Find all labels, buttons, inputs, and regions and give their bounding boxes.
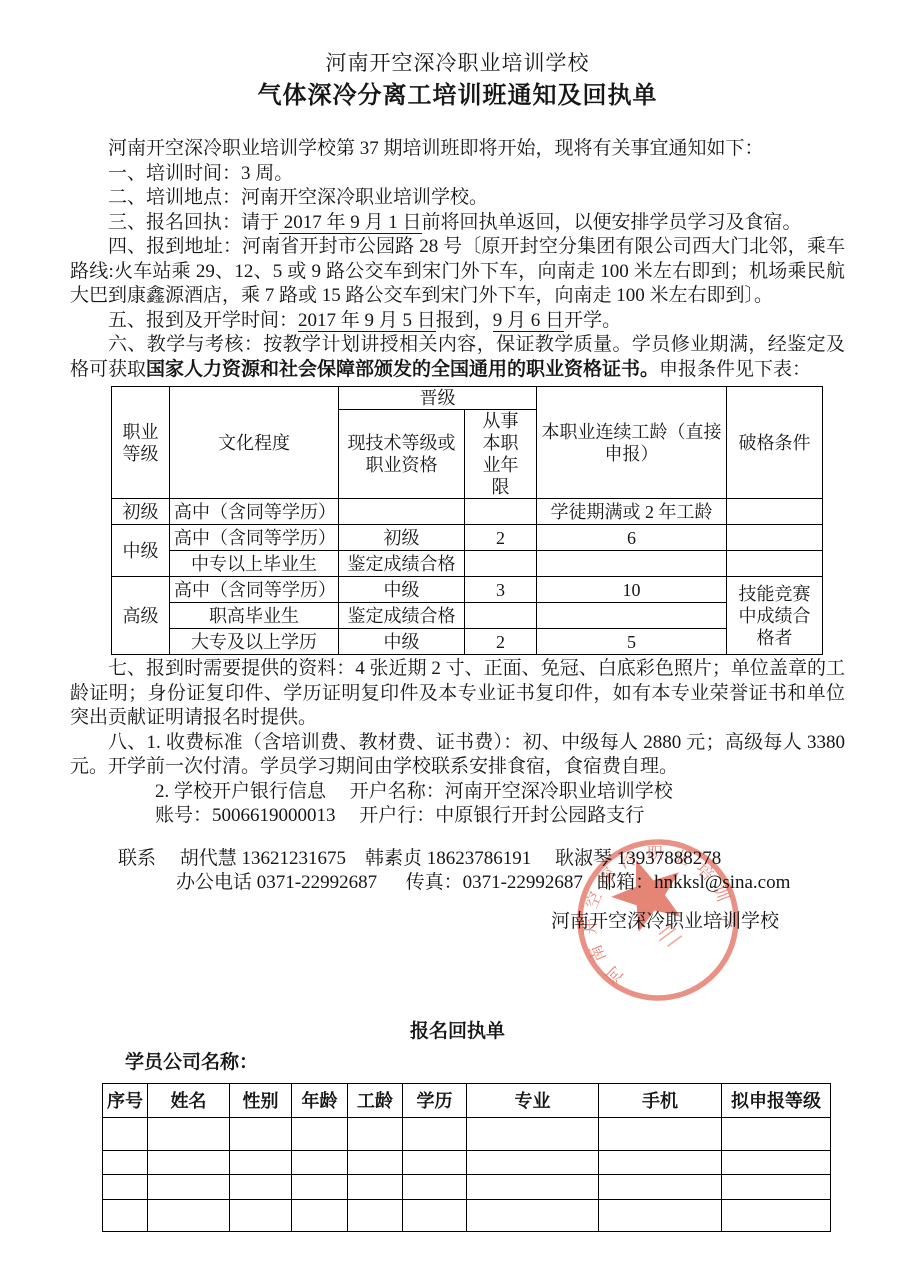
item5-text: 五、报到及开学时间： bbox=[108, 310, 298, 331]
qual-header-exception: 破格条件 bbox=[727, 387, 823, 499]
reply-blank-cell bbox=[599, 1200, 722, 1232]
reply-blank-cell bbox=[230, 1118, 292, 1151]
certificate-name: 国家人力资源和社会保障部颁发的全国通用的职业资格证书。 bbox=[146, 359, 659, 380]
reply-blank-cell bbox=[467, 1175, 599, 1200]
reply-header-name: 姓名 bbox=[148, 1084, 230, 1118]
reply-blank-cell bbox=[103, 1175, 148, 1200]
reply-empty-row bbox=[103, 1118, 831, 1151]
reply-deadline-date: 2017 年 9 月 1 日 bbox=[279, 212, 422, 234]
reply-blank-cell bbox=[148, 1118, 230, 1151]
qual-cell-grade: 初级 bbox=[339, 525, 465, 551]
qual-cell-service bbox=[537, 551, 727, 577]
reply-header-service-years: 工龄 bbox=[348, 1084, 403, 1118]
contact-phones-line: 办公电话 0371-22992687 传真：0371-22992687 邮箱：h… bbox=[70, 871, 845, 896]
document-page: 河南开空深冷职业培训学校 气体深冷分离工培训班通知及回执单 河南开空深冷职业培训… bbox=[0, 0, 908, 1232]
notice-item-3: 三、报名回执：请于 2017 年 9 月 1 日前将回执单返回，以便安排学员学习… bbox=[70, 211, 845, 236]
reply-blank-cell bbox=[722, 1118, 831, 1151]
reply-blank-cell bbox=[403, 1151, 467, 1175]
qual-cell-service: 学徒期满或 2 年工龄 bbox=[537, 499, 727, 525]
reply-header-seq: 序号 bbox=[103, 1084, 148, 1118]
qual-cell-grade: 鉴定成绩合格 bbox=[339, 603, 465, 629]
qual-cell-service bbox=[537, 603, 727, 629]
reply-blank-cell bbox=[722, 1151, 831, 1175]
qual-cell-education: 高中（含同等学历） bbox=[170, 577, 339, 603]
qual-cell-education: 中专以上毕业生 bbox=[170, 551, 339, 577]
reply-blank-cell bbox=[292, 1200, 348, 1232]
qual-cell-service: 10 bbox=[537, 577, 727, 603]
checkin-date: 2017 年 9 月 5 日 bbox=[298, 310, 436, 332]
reply-blank-cell bbox=[148, 1200, 230, 1232]
notice-item-1: 一、培训时间：3 周。 bbox=[70, 162, 845, 187]
reply-blank-cell bbox=[348, 1118, 403, 1151]
qualification-table: 职业等级 文化程度 晋级 本职业连续工龄（直接申报） 破格条件 现技术等级或职业… bbox=[111, 386, 823, 655]
item5-text-mid: 报到， bbox=[436, 310, 493, 331]
item3-text: 三、报名回执：请于 bbox=[108, 212, 279, 233]
qual-cell-education: 大专及以上学历 bbox=[170, 629, 339, 655]
reply-blank-cell bbox=[148, 1151, 230, 1175]
reply-blank-cell bbox=[292, 1175, 348, 1200]
item6-text-tail: 申报条件见下表： bbox=[659, 359, 811, 380]
qual-cell-level: 高级 bbox=[112, 577, 170, 655]
notice-item-6: 六、教学与考核：按教学计划讲授相关内容，保证教学质量。学员修业期满，经鉴定及格可… bbox=[70, 333, 845, 382]
notice-item-7: 七、报到时需要提供的资料：4 张近期 2 寸、正面、免冠、白底彩色照片；单位盖章… bbox=[70, 657, 845, 731]
reply-blank-cell bbox=[103, 1118, 148, 1151]
reply-header-row: 序号 姓名 性别 年龄 工龄 学历 专业 手机 拟申报等级 bbox=[103, 1084, 831, 1118]
signature-school-name: 河南开空深冷职业培训学校 bbox=[70, 910, 779, 935]
qual-cell-service: 6 bbox=[537, 525, 727, 551]
qual-cell-years bbox=[465, 499, 537, 525]
reply-blank-cell bbox=[403, 1118, 467, 1151]
notice-item-4: 四、报到地址：河南省开封市公园路 28 号〔原开封空分集团有限公司西大门北邻，乘… bbox=[70, 235, 845, 309]
qual-cell-exception: 技能竞赛中成绩合格者 bbox=[727, 577, 823, 655]
reply-empty-row bbox=[103, 1200, 831, 1232]
reply-blank-cell bbox=[103, 1200, 148, 1232]
reply-blank-cell bbox=[599, 1175, 722, 1200]
qual-cell-education: 职高毕业生 bbox=[170, 603, 339, 629]
qual-cell-education: 高中（含同等学历） bbox=[170, 525, 339, 551]
reply-blank-cell bbox=[292, 1118, 348, 1151]
qual-cell-years: 2 bbox=[465, 525, 537, 551]
qual-header-education: 文化程度 bbox=[170, 387, 339, 499]
reply-blank-cell bbox=[230, 1200, 292, 1232]
notice-title: 气体深冷分离工培训班通知及回执单 bbox=[70, 79, 845, 113]
reply-header-apply-level: 拟申报等级 bbox=[722, 1084, 831, 1118]
reply-header-major: 专业 bbox=[467, 1084, 599, 1118]
qual-cell-level: 初级 bbox=[112, 499, 170, 525]
qual-cell-grade: 鉴定成绩合格 bbox=[339, 551, 465, 577]
contact-persons-line: 联系 胡代慧 13621231675 韩素贞 18623786191 耿淑琴 1… bbox=[70, 847, 845, 872]
reply-blank-cell bbox=[722, 1175, 831, 1200]
reply-blank-cell bbox=[599, 1118, 722, 1151]
reply-blank-cell bbox=[722, 1200, 831, 1232]
qual-cell-education: 高中（含同等学历） bbox=[170, 499, 339, 525]
qual-cell-years: 3 bbox=[465, 577, 537, 603]
reply-blank-cell bbox=[230, 1175, 292, 1200]
qual-cell-grade: 中级 bbox=[339, 629, 465, 655]
opening-date: 9 月 6 日 bbox=[493, 310, 564, 332]
reply-blank-cell bbox=[348, 1175, 403, 1200]
qual-cell-service: 5 bbox=[537, 629, 727, 655]
company-name-label: 学员公司名称： bbox=[125, 1051, 845, 1076]
reply-empty-row bbox=[103, 1175, 831, 1200]
notice-item-2: 二、培训地点：河南开空深冷职业培训学校。 bbox=[70, 186, 845, 211]
qual-header-service: 本职业连续工龄（直接申报） bbox=[537, 387, 727, 499]
reply-header-age: 年龄 bbox=[292, 1084, 348, 1118]
intro-paragraph: 河南开空深冷职业培训学校第 37 期培训班即将开始，现将有关事宜通知如下： bbox=[70, 137, 845, 162]
qual-cell-years: 2 bbox=[465, 629, 537, 655]
notice-item-5: 五、报到及开学时间：2017 年 9 月 5 日报到，9 月 6 日开学。 bbox=[70, 309, 845, 334]
reply-blank-cell bbox=[599, 1151, 722, 1175]
reply-blank-cell bbox=[403, 1200, 467, 1232]
school-title: 河南开空深冷职业培训学校 bbox=[70, 50, 845, 77]
notice-item-8: 八、1. 收费标准（含培训费、教材费、证书费）：初、中级每人 2880 元；高级… bbox=[70, 731, 845, 780]
item5-text-tail: 开学。 bbox=[564, 310, 621, 331]
reply-form-table: 序号 姓名 性别 年龄 工龄 学历 专业 手机 拟申报等级 bbox=[102, 1083, 831, 1232]
qual-cell-grade bbox=[339, 499, 465, 525]
reply-blank-cell bbox=[467, 1200, 599, 1232]
reply-blank-cell bbox=[403, 1175, 467, 1200]
reply-header-education: 学历 bbox=[403, 1084, 467, 1118]
reply-blank-cell bbox=[348, 1151, 403, 1175]
qual-cell-grade: 中级 bbox=[339, 577, 465, 603]
qual-cell-years bbox=[465, 603, 537, 629]
qual-cell-years bbox=[465, 551, 537, 577]
reply-header-mobile: 手机 bbox=[599, 1084, 722, 1118]
reply-empty-row bbox=[103, 1151, 831, 1175]
reply-blank-cell bbox=[148, 1175, 230, 1200]
qual-cell-level: 中级 bbox=[112, 525, 170, 577]
qual-header-level: 职业等级 bbox=[112, 387, 170, 499]
reply-header-gender: 性别 bbox=[230, 1084, 292, 1118]
item3-text-tail: 前将回执单返回，以便安排学员学习及食宿。 bbox=[422, 212, 802, 233]
qual-header-promotion: 晋级 bbox=[339, 387, 537, 410]
bank-info-line: 2. 学校开户银行信息 开户名称：河南开空深冷职业培训学校 bbox=[70, 780, 845, 805]
qual-header-current-grade: 现技术等级或职业资格 bbox=[339, 410, 465, 499]
qual-cell-exception bbox=[727, 551, 823, 577]
reply-blank-cell bbox=[348, 1200, 403, 1232]
bank-account-line: 账号：5006619000013 开户行：中原银行开封公园路支行 bbox=[70, 804, 845, 829]
qual-header-years: 从事本职业年限 bbox=[465, 410, 537, 499]
reply-blank-cell bbox=[103, 1151, 148, 1175]
reply-blank-cell bbox=[467, 1118, 599, 1151]
reply-blank-cell bbox=[292, 1151, 348, 1175]
qual-cell-exception bbox=[727, 499, 823, 525]
reply-blank-cell bbox=[467, 1151, 599, 1175]
qual-cell-exception bbox=[727, 525, 823, 551]
reply-blank-cell bbox=[230, 1151, 292, 1175]
reply-form-title: 报名回执单 bbox=[70, 1020, 845, 1045]
